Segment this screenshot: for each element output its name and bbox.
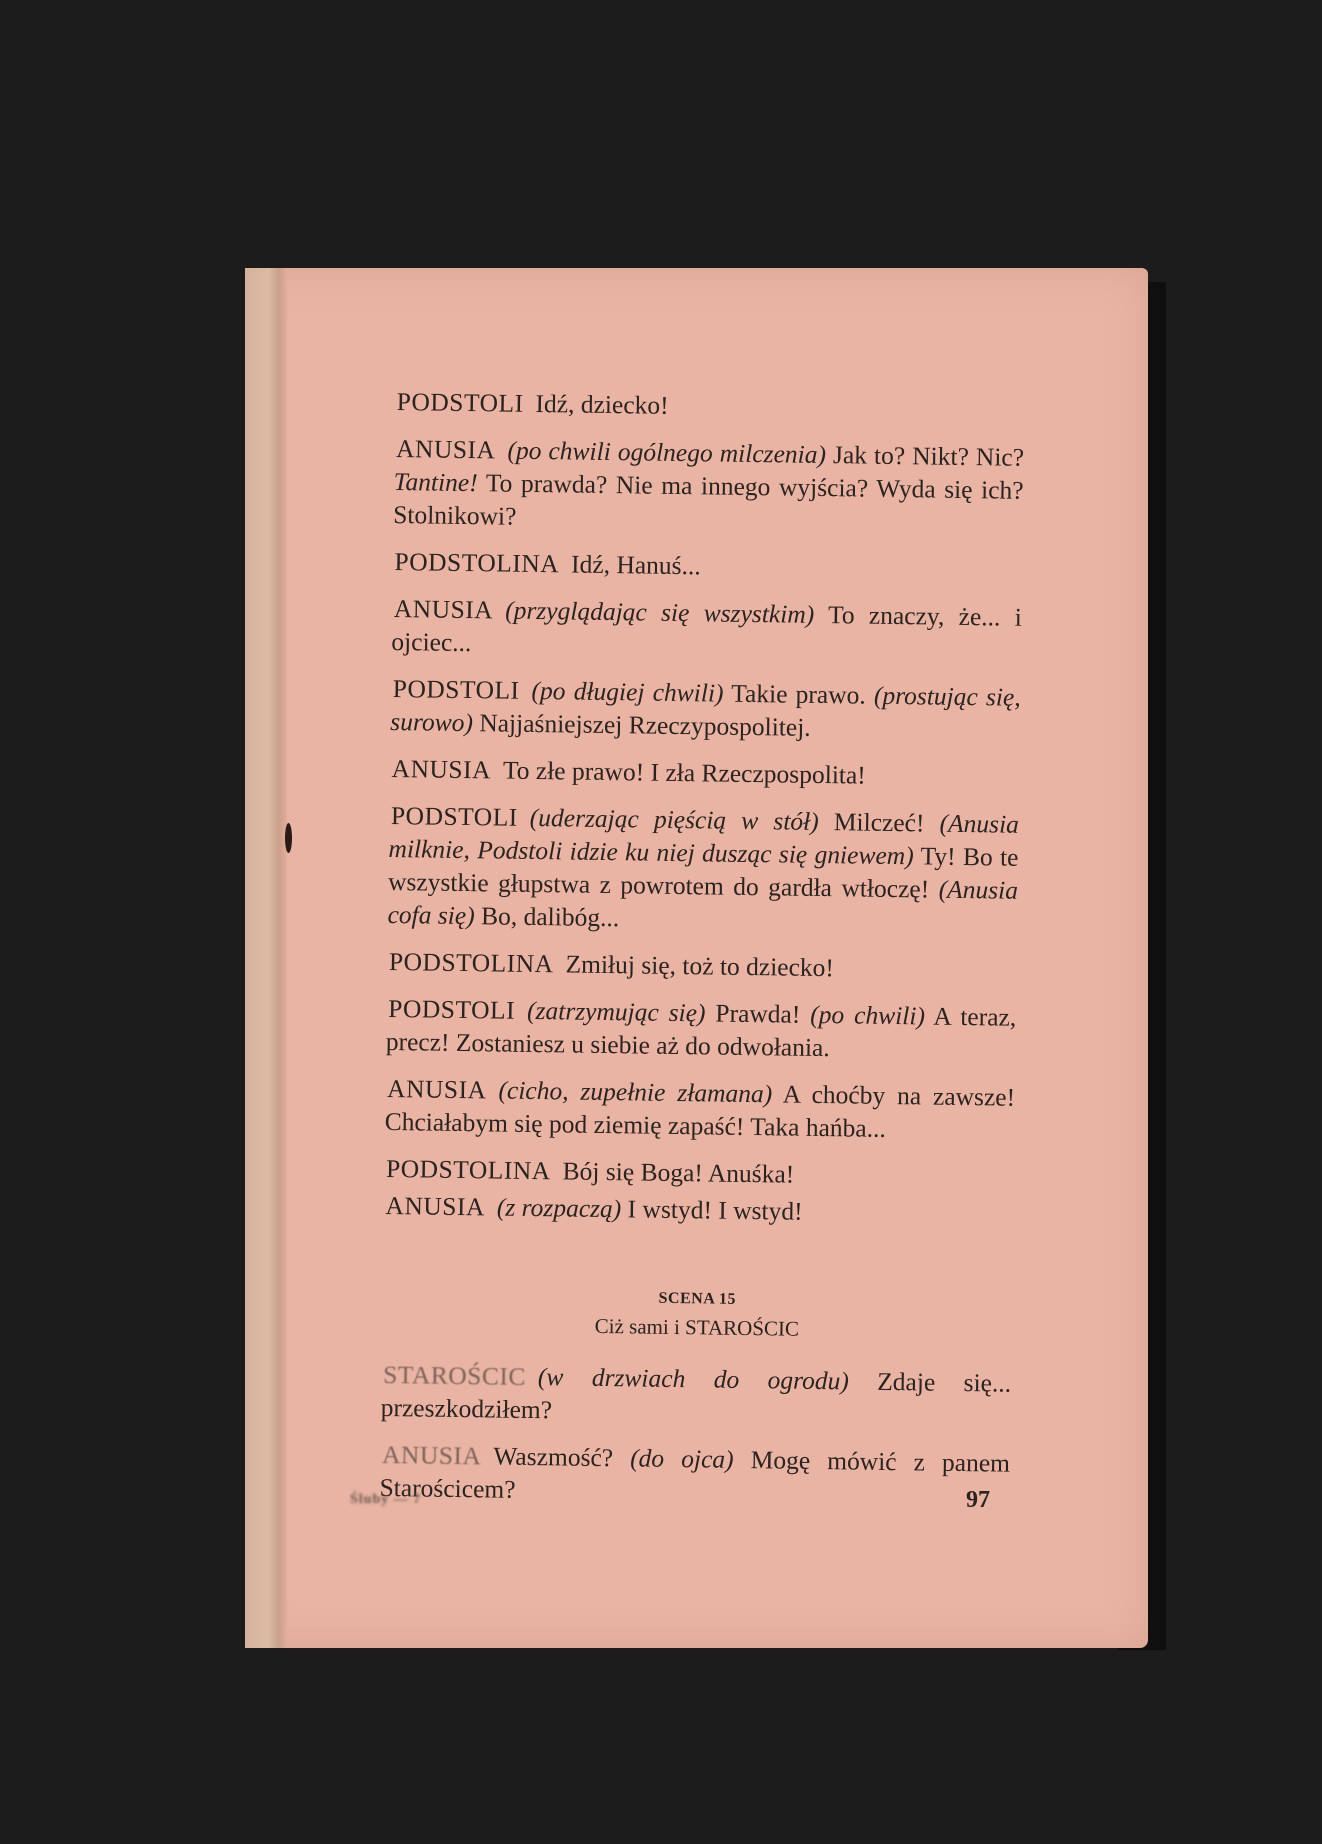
speech: ANUSIATo złe prawo! I zła Rzeczpospolita… xyxy=(389,752,1019,794)
spoken-line: Zmiłuj się, toż to dziecko! xyxy=(565,949,834,982)
stage-direction: (cicho, zupełnie złamana) xyxy=(498,1076,772,1109)
spoken-line: Najjaśniejszej Rzeczypospolitej. xyxy=(473,708,811,742)
dialogue: PODSTOLIIdź, dziecko!ANUSIA(po chwili og… xyxy=(383,385,1025,1231)
spine-mark xyxy=(285,823,292,853)
speech: PODSTOLINAZmiłuj się, toż to dziecko! xyxy=(387,945,1017,987)
spoken-line: Bo, dalibóg... xyxy=(475,901,620,932)
speaker-name: PODSTOLI xyxy=(391,801,518,832)
speech: ANUSIA(z rozpaczą) I wstyd! I wstyd! xyxy=(383,1189,1013,1231)
stage-direction: (zatrzymując się) xyxy=(527,996,706,1027)
page-spine xyxy=(245,268,287,1648)
speaker-name: ANUSIA xyxy=(382,1440,482,1470)
stage-direction: (do ojca) xyxy=(630,1443,734,1473)
speech: ANUSIA(cicho, zupełnie złamana) A choćby… xyxy=(384,1072,1015,1147)
speaker-name: ANUSIA xyxy=(396,434,496,464)
spoken-line: Takie prawo. xyxy=(723,679,874,710)
speech: PODSTOLI(po długiej chwili) Takie prawo.… xyxy=(390,672,1021,747)
speaker-name: PODSTOLI xyxy=(388,994,515,1025)
spoken-line: Jak to? Nikt? Nic? xyxy=(826,440,1024,472)
stage-direction: (po długiej chwili) xyxy=(531,676,723,708)
speaker-name: ANUSIA xyxy=(385,1191,485,1221)
printer-signature: Śluby — 7 xyxy=(350,1492,421,1508)
spoken-line: Idź, dziecko! xyxy=(535,389,668,420)
speaker-name: ANUSIA xyxy=(387,1074,487,1104)
spoken-line: Idź, Hanuś... xyxy=(571,549,701,580)
speaker-name: PODSTOLINA xyxy=(394,547,559,578)
speaker-name: ANUSIA xyxy=(394,594,494,624)
spoken-line: Bój się Boga! Anuśka! xyxy=(562,1156,794,1188)
page-text: PODSTOLIIdź, dziecko!ANUSIA(po chwili og… xyxy=(379,385,1025,1527)
stage-direction: (w drzwiach do ogrodu) xyxy=(538,1362,849,1395)
spoken-line: Prawda! xyxy=(705,998,810,1028)
page-number: 97 xyxy=(966,1487,990,1514)
speech: ANUSIA(po chwili ogólnego milczenia) Jak… xyxy=(393,432,1024,540)
spoken-line: To prawda? Nie ma innego wyjścia? Wyda s… xyxy=(393,468,1024,531)
page-footer: Śluby — 7 97 xyxy=(350,1482,1000,1518)
spoken-line: Milczeć! xyxy=(819,807,940,838)
speaker-name: PODSTOLINA xyxy=(386,1154,551,1185)
speech: ANUSIA(przyglądając się wszystkim) To zn… xyxy=(391,592,1022,667)
speech: STAROŚCIC(w drzwiach do ogrodu) Zdaje si… xyxy=(380,1358,1011,1433)
speech: PODSTOLINABój się Boga! Anuśka! xyxy=(384,1152,1014,1194)
spoken-line: I wstyd! I wstyd! xyxy=(621,1194,803,1226)
speaker-name: ANUSIA xyxy=(391,754,491,784)
speech: PODSTOLI(zatrzymując się) Prawda! (po ch… xyxy=(386,992,1017,1067)
speech: PODSTOLINAIdź, Hanuś... xyxy=(392,545,1022,587)
speaker-name: PODSTOLI xyxy=(393,674,520,705)
spoken-line: To złe prawo! I zła Rzeczpospolita! xyxy=(503,756,866,790)
scene-heading: SCENA 15 Ciż sami i STAROŚCIC xyxy=(382,1282,1013,1347)
stage-direction: Tantine! xyxy=(393,467,477,497)
speech: PODSTOLI(uderzając pięścią w stół) Milcz… xyxy=(387,799,1019,940)
stage-direction: (uderzając pięścią w stół) xyxy=(530,803,819,836)
stage-direction: (z rozpaczą) xyxy=(497,1193,622,1224)
stage-direction: (po chwili) xyxy=(810,1000,925,1031)
speaker-name: STAROŚCIC xyxy=(383,1360,526,1391)
stage-direction: (po chwili ogólnego milczenia) xyxy=(507,436,826,469)
speaker-name: PODSTOLI xyxy=(397,387,524,418)
stage-direction: (przyglądając się wszystkim) xyxy=(505,596,814,629)
spoken-line: Waszmość? xyxy=(493,1441,630,1472)
speaker-name: PODSTOLINA xyxy=(389,947,554,978)
